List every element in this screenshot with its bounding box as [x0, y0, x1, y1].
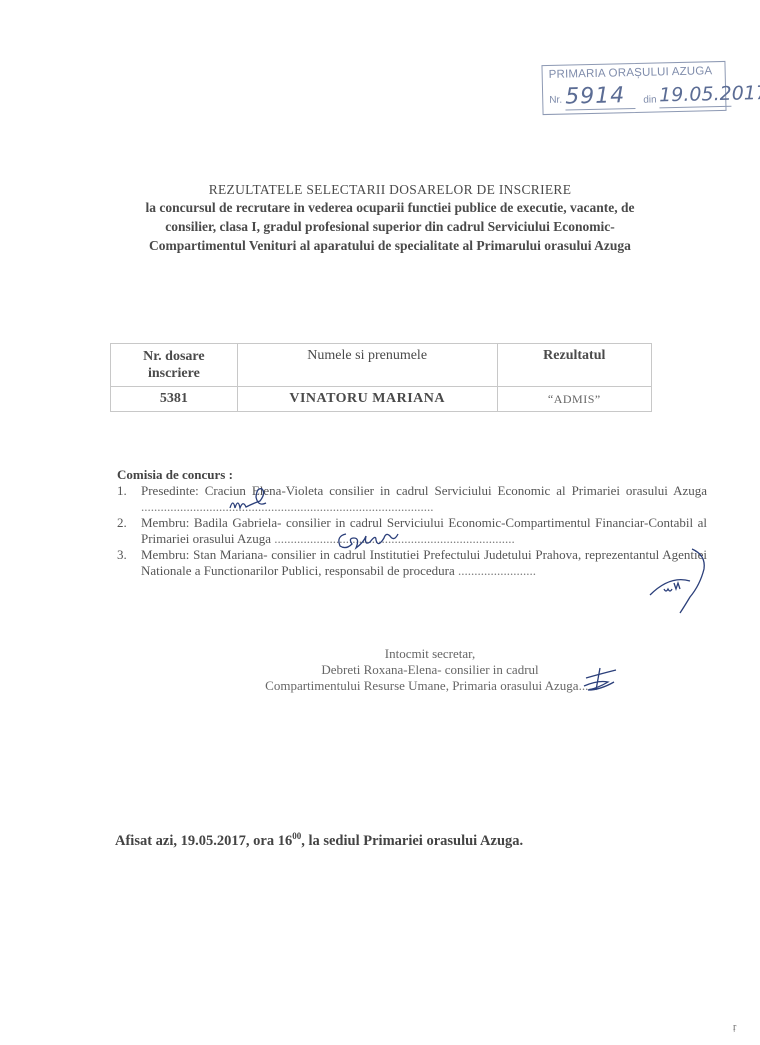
corner-mark: ŗ	[733, 1022, 736, 1033]
commission-list: 1. Presedinte: Craciun Elena-Violeta con…	[117, 483, 707, 579]
commission-member-3: 3. Membru: Stan Mariana- consilier in ca…	[117, 547, 707, 579]
stamp-din-label: din	[643, 94, 657, 105]
heading-line-3: Compartimentul Venituri al aparatului de…	[110, 238, 670, 254]
table-header-row: Nr. dosare inscriere Numele si prenumele…	[111, 344, 652, 387]
commission-member-1: 1. Presedinte: Craciun Elena-Violeta con…	[117, 483, 707, 515]
cell-nume: VINATORU MARIANA	[237, 387, 497, 412]
member-text: Membru: Stan Mariana- consilier in cadru…	[141, 547, 707, 578]
header-rezultat: Rezultatul	[497, 344, 651, 387]
document-title: REZULTATELE SELECTARII DOSARELOR DE INSC…	[110, 182, 670, 198]
secretary-name: Debreti Roxana-Elena- consilier in cadru…	[220, 662, 640, 678]
stamp-nr-label: Nr.	[549, 95, 562, 106]
signature-secretary-icon	[580, 664, 620, 696]
registration-stamp: PRIMARIA ORAȘULUI AZUGA Nr. 5914 din 19.…	[541, 61, 726, 115]
commission-title: Comisia de concurs :	[117, 467, 233, 483]
secretary-label: Intocmit secretar,	[220, 646, 640, 662]
results-table: Nr. dosare inscriere Numele si prenumele…	[110, 343, 652, 412]
cell-rezultat: “ADMIS”	[497, 387, 651, 412]
signature-3-icon	[640, 545, 710, 615]
header-nr-dosare: Nr. dosare inscriere	[111, 344, 238, 387]
posting-notice: Afisat azi, 19.05.2017, ora 1600, la sed…	[115, 831, 523, 850]
signature-2-icon	[334, 528, 404, 552]
stamp-registration-number: 5914	[565, 84, 636, 111]
stamp-title: PRIMARIA ORAȘULUI AZUGA	[549, 65, 713, 81]
secretary-department: Compartimentului Resurse Umane, Primaria…	[220, 678, 640, 694]
cell-nr-dosar: 5381	[111, 387, 238, 412]
table-row: 5381 VINATORU MARIANA “ADMIS”	[111, 387, 652, 412]
stamp-registration-date: 19.05.2017	[659, 82, 732, 109]
signature-line: ........................	[458, 563, 536, 578]
heading-line-2: consilier, clasa I, gradul profesional s…	[110, 219, 670, 235]
commission-member-2: 2. Membru: Badila Gabriela- consilier in…	[117, 515, 707, 547]
secretary-block: Intocmit secretar, Debreti Roxana-Elena-…	[220, 646, 640, 694]
heading-line-1: la concursul de recrutare in vederea ocu…	[110, 200, 670, 216]
header-nume: Numele si prenumele	[237, 344, 497, 387]
signature-1-icon	[226, 478, 296, 518]
